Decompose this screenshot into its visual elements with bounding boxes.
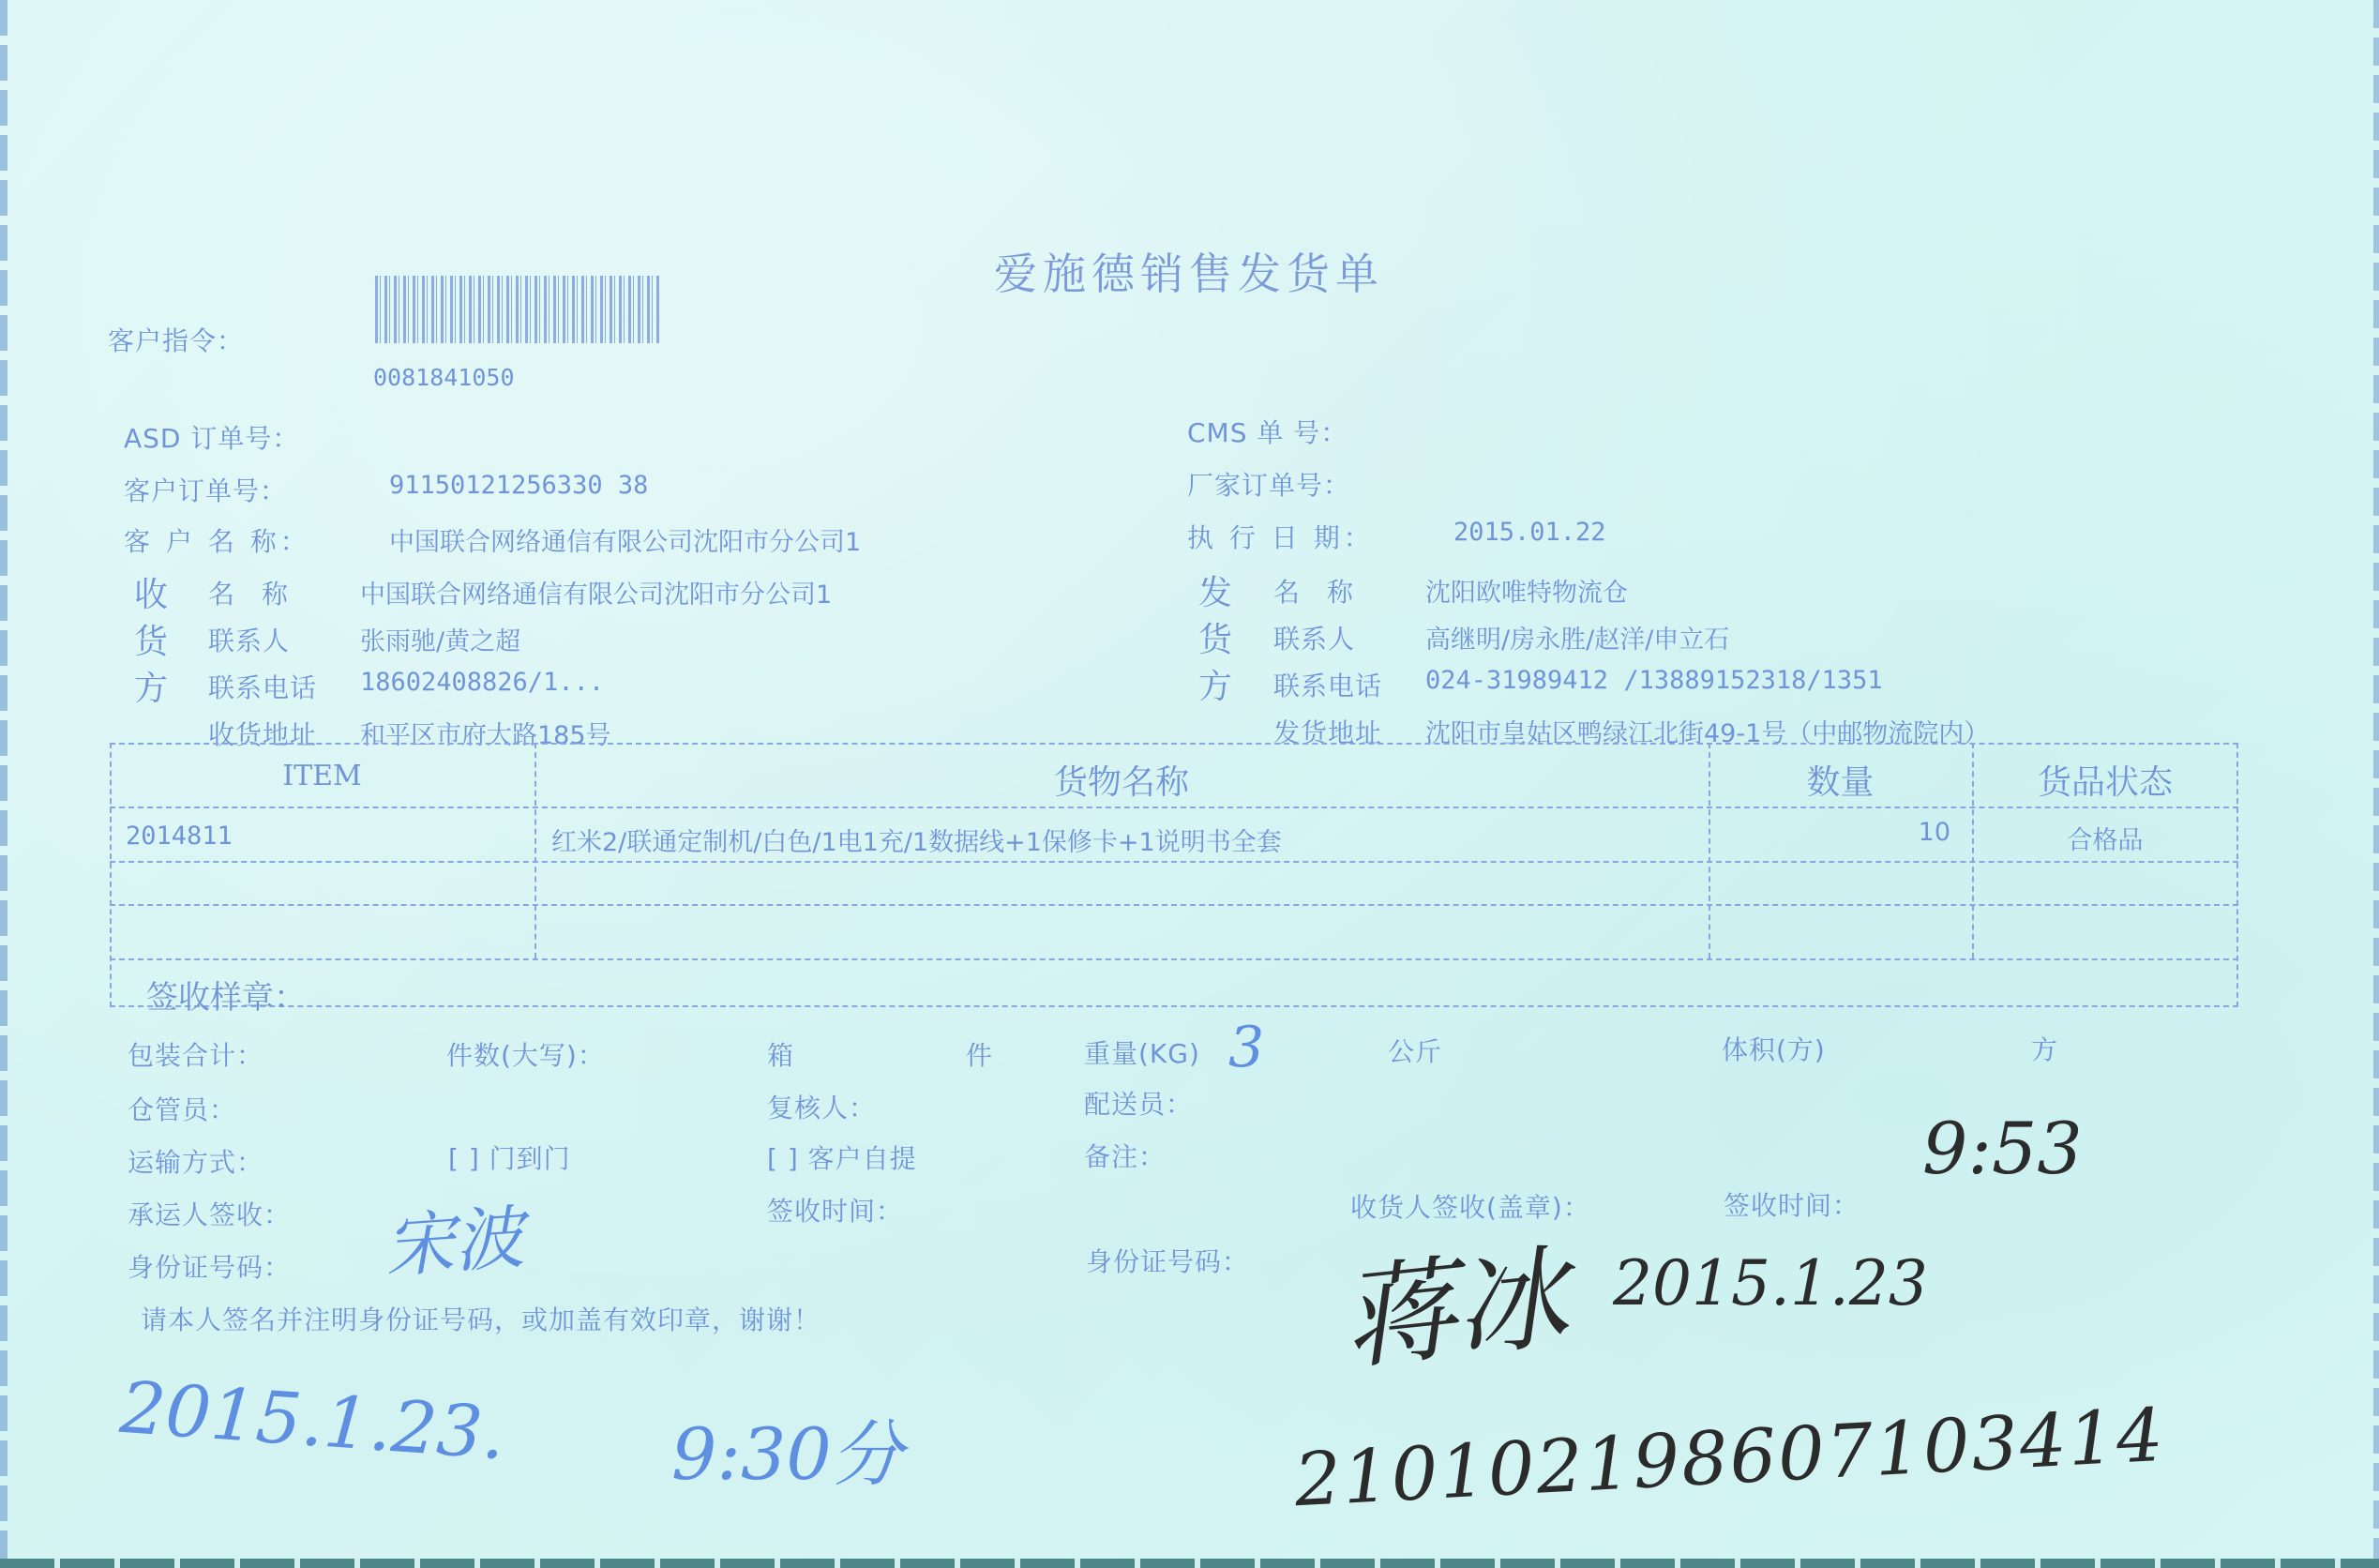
weight-handwritten-value: 3 [1228,1015,1264,1080]
table-header-status: 货品状态 [1972,756,2238,804]
carrier-time: 9:30分 [671,1397,903,1500]
weight-label: 重量(KG) [1084,1033,1200,1071]
row-item: 2014811 [126,822,233,851]
barcode-number: 0081841050 [373,364,515,391]
right-perforation [2373,0,2379,1568]
volume-label: 体积(方) [1722,1030,1826,1067]
shipper-contact-label: 联系人 [1273,619,1355,656]
customer-instruction-label: 客户指令： [108,321,244,358]
transport-method-label: 运输方式： [128,1142,263,1180]
receiver-phone-label: 联系电话 [208,668,317,705]
barcode-icon [375,276,661,343]
shipper-phone-label: 联系电话 [1273,666,1382,703]
reviewer-label: 复核人： [767,1088,876,1125]
bottom-perforation [0,1559,2379,1568]
piece-unit-label: 件 [966,1035,993,1073]
shipper-side-char-1: 发 [1198,566,1232,614]
receiver-name-label: 名 称 [208,574,297,611]
row-status: 合格品 [1972,820,2238,856]
table-rule [110,958,2238,960]
shipper-name-label: 名 称 [1273,572,1363,610]
document-title: 爱施德销售发货单 [994,240,1384,302]
table-rule [110,904,2238,906]
table-header-quantity: 数量 [1709,756,1972,804]
box-unit-label: 箱 [767,1035,794,1073]
table-header-goods-name: 货物名称 [535,756,1709,804]
receiver-phone-value: 18602408826/1... [360,668,604,697]
sign-stamp-label: 签收样章： [146,972,306,1018]
factory-order-label: 厂家订单号： [1187,465,1350,503]
receiver-contact-value: 张雨驰/黄之超 [360,621,520,657]
row-quantity: 10 [1709,818,1950,847]
exec-date-value: 2015.01.22 [1453,518,1606,547]
exec-date-label: 执 行 日 期： [1187,518,1374,555]
receiver-side-char-1: 收 [134,568,168,616]
warehouse-keeper-label: 仓管员： [128,1090,236,1127]
customer-name-label: 客 户 名 称： [124,521,310,559]
package-total-label: 包装合计： [128,1035,263,1073]
row-goods-name: 红米2/联通定制机/白色/1电1充/1数据线+1保修卡+1说明书全套 [551,822,1282,858]
consignee-time: 9:53 [1922,1107,2083,1190]
table-rule [110,861,2238,863]
shipper-side-char-2: 货 [1198,613,1232,661]
customer-pickup-checkbox[interactable]: [ ] 客户自提 [767,1138,917,1176]
signature-note: 请本人签名并注明身份证号码，或加盖有效印章，谢谢！ [141,1300,821,1337]
remark-label: 备注： [1084,1137,1166,1174]
consignee-id-label: 身份证号码： [1086,1242,1249,1279]
receiver-side-char-3: 方 [134,662,168,710]
shipper-phone-value: 024-31989412 /13889152318/1351 [1425,666,1883,695]
consignee-date: 2015.1.23 [1613,1247,1928,1319]
consignee-sign-time-label: 签收时间： [1724,1185,1860,1223]
carrier-sign-time-label: 签收时间： [767,1191,903,1229]
door-to-door-checkbox[interactable]: [ ] 门到门 [448,1138,571,1176]
customer-name-value: 中国联合网络通信有限公司沈阳市分公司1 [389,521,861,558]
receiver-contact-label: 联系人 [208,621,290,658]
shipper-contact-value: 高继明/房永胜/赵洋/申立石 [1425,619,1729,656]
volume-unit-label: 方 [2031,1030,2058,1067]
asd-order-label: ASD 订单号： [124,418,299,456]
carrier-sign-label: 承运人签收： [128,1195,291,1232]
shipper-side-char-3: 方 [1198,660,1232,708]
customer-order-label: 客户订单号： [124,471,287,508]
kg-unit-label: 公斤 [1388,1032,1442,1069]
deliverer-label: 配送员： [1084,1084,1193,1122]
cms-number-label: CMS 单 号： [1187,413,1348,450]
carrier-id-label: 身份证号码： [128,1247,291,1285]
left-perforation [0,0,8,1568]
shipper-name-value: 沈阳欧唯特物流仓 [1425,572,1628,609]
piece-count-label: 件数(大写)： [446,1035,605,1073]
receiver-side-char-2: 货 [134,615,168,663]
receiver-name-value: 中国联合网络通信有限公司沈阳市分公司1 [360,574,832,611]
table-header-item: ITEM [110,760,535,792]
carrier-signature: 宋波 [381,1183,526,1291]
table-rule [110,807,2238,808]
customer-order-value: 91150121256330 38 [389,471,648,500]
consignee-signature: 蒋冰 [1333,1208,1574,1392]
